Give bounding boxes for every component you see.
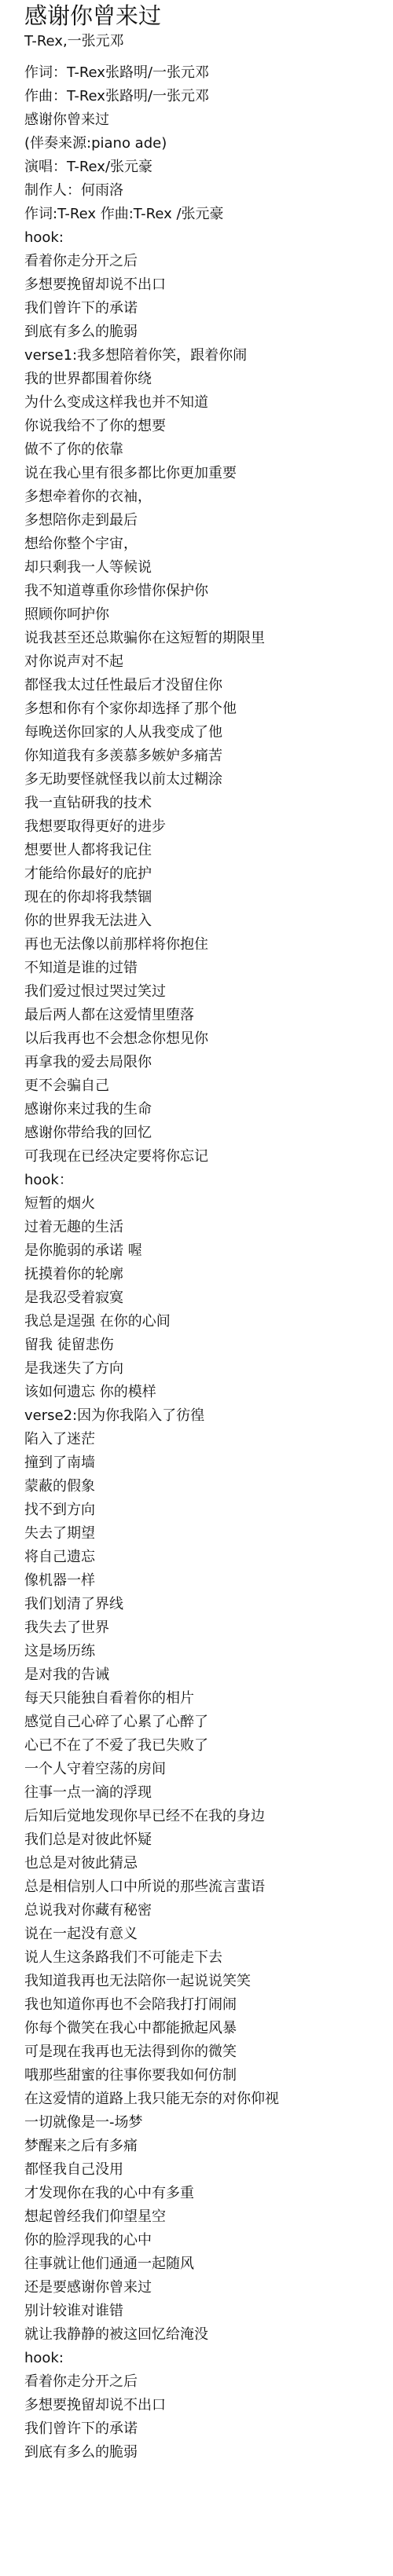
lyric-line: 演唱：T-Rex/张元豪	[24, 156, 279, 179]
lyric-line: 一个人守着空荡的房间	[24, 1758, 279, 1781]
lyric-line: 找不到方向	[24, 1498, 279, 1522]
lyric-line: hook:	[24, 2347, 279, 2370]
lyric-line: 做不了你的依靠	[24, 438, 279, 462]
lyric-line: 说在一起没有意义	[24, 1923, 279, 1946]
lyric-line: 抚摸着你的轮廓	[24, 1263, 279, 1286]
lyric-line: 想要世人都将我记住	[24, 839, 279, 862]
lyric-line: 我想要取得更好的进步	[24, 815, 279, 839]
lyric-line: 说我甚至还总欺骗你在这短暂的期限里	[24, 627, 279, 650]
lyric-line: 也总是对彼此猜忌	[24, 1852, 279, 1875]
lyric-line: verse2:因为你我陷入了彷徨	[24, 1404, 279, 1428]
lyric-line: 都怪我自己没用	[24, 2158, 279, 2182]
lyric-line: 往事就让他们通通一起随风	[24, 2252, 279, 2276]
lyric-line: 将自己遗忘	[24, 1546, 279, 1569]
lyric-line: 作曲：T-Rex张路明/一张元邓	[24, 85, 279, 108]
lyric-line: 作词：T-Rex张路明/一张元邓	[24, 61, 279, 85]
lyric-line: 总是相信别人口中所说的那些流言蜚语	[24, 1875, 279, 1899]
lyric-line: 我们总是对彼此怀疑	[24, 1828, 279, 1852]
lyric-line: 我总是逞强 在你的心间	[24, 1310, 279, 1334]
lyric-line: 在这爱情的道路上我只能无奈的对你仰视	[24, 2088, 279, 2111]
lyric-line: 你每个微笑在我心中都能掀起风暴	[24, 2017, 279, 2040]
lyric-line: 梦醒来之后有多痛	[24, 2135, 279, 2158]
lyric-line: 哦那些甜蜜的往事你要我如何仿制	[24, 2064, 279, 2088]
lyric-line: 现在的你却将我禁锢	[24, 886, 279, 909]
lyric-line: 最后两人都在这爱情里堕落	[24, 1004, 279, 1027]
lyric-line: 后知后觉地发现你早已经不在我的身边	[24, 1805, 279, 1828]
lyric-line: 感谢你带给我的回忆	[24, 1122, 279, 1145]
lyric-line: 我知道我再也无法陪你一起说说笑笑	[24, 1970, 279, 1993]
lyric-line: 想给你整个宇宙，	[24, 532, 279, 556]
lyric-line: 我们曾许下的承诺	[24, 2417, 279, 2441]
lyric-line: 短暂的烟火	[24, 1192, 279, 1216]
lyric-line: 多想和你有个家你却选择了那个他	[24, 697, 279, 721]
lyric-line: 还是要感谢你曾来过	[24, 2276, 279, 2300]
lyric-line: 你的脸浮现我的心中	[24, 2229, 279, 2252]
lyric-line: 我不知道尊重你珍惜你保护你	[24, 580, 279, 603]
lyric-line: 再拿我的爱去局限你	[24, 1051, 279, 1074]
lyric-line: 多无助要怪就怪我以前太过糊涂	[24, 768, 279, 792]
lyric-line: 多想要挽留却说不出口	[24, 273, 279, 297]
lyric-line: 感谢你来过我的生命	[24, 1098, 279, 1122]
lyric-line: 是我忍受着寂寞	[24, 1286, 279, 1310]
lyric-line: 对你说声对不起	[24, 650, 279, 674]
lyric-line: 以后我再也不会想念你想见你	[24, 1027, 279, 1051]
lyric-line: 蒙蔽的假象	[24, 1475, 279, 1498]
lyric-line: 说在我心里有很多都比你更加重要	[24, 462, 279, 485]
lyric-line: verse1:我多想陪着你笑，跟着你闹	[24, 344, 279, 368]
lyric-line: 制作人：何雨洛	[24, 179, 279, 203]
lyric-line: 才发现你在我的心中有多重	[24, 2182, 279, 2205]
lyric-line: 看着你走分开之后	[24, 2370, 279, 2394]
lyric-line: 留我 徒留悲伤	[24, 1334, 279, 1357]
lyric-line: 撞到了南墙	[24, 1451, 279, 1475]
lyric-line: 我失去了世界	[24, 1616, 279, 1640]
lyric-line: 每天只能独自看着你的相片	[24, 1687, 279, 1711]
lyric-line: 多想陪你走到最后	[24, 509, 279, 532]
lyric-line: 照顾你呵护你	[24, 603, 279, 627]
lyrics-list: 作词：T-Rex张路明/一张元邓 作曲：T-Rex张路明/一张元邓感谢你曾来过(…	[24, 61, 279, 2464]
lyric-line: 我们曾许下的承诺	[24, 297, 279, 320]
lyric-line: 我一直钻研我的技术	[24, 792, 279, 815]
lyric-line: 我们划清了界线	[24, 1593, 279, 1616]
lyric-line: 这是场历练	[24, 1640, 279, 1663]
lyric-line: 再也无法像以前那样将你抱住	[24, 933, 279, 957]
lyric-line: 我也知道你再也不会陪我打打闹闹	[24, 1993, 279, 2017]
lyric-line: 感觉自己心碎了心累了心醉了	[24, 1711, 279, 1734]
lyric-line: hook：	[24, 1169, 279, 1192]
lyric-line: 过着无趣的生活	[24, 1216, 279, 1239]
lyric-line: 为什么变成这样我也并不知道	[24, 391, 279, 415]
lyric-line: 却只剩我一人等候说	[24, 556, 279, 580]
lyric-line: 就让我静静的被这回忆给淹没	[24, 2323, 279, 2347]
lyric-line: 一切就像是一-场梦	[24, 2111, 279, 2135]
lyric-line: 说人生这条路我们不可能走下去	[24, 1946, 279, 1970]
lyric-line: (伴奏来源:piano ade)	[24, 132, 279, 156]
lyric-line: 到底有多么的脆弱	[24, 2441, 279, 2464]
lyric-line: 是我迷失了方向	[24, 1357, 279, 1381]
lyric-line: 才能给你最好的庇护	[24, 862, 279, 886]
lyric-line: 往事一点一滴的浮现	[24, 1781, 279, 1805]
lyric-line: 看着你走分开之后	[24, 250, 279, 273]
lyric-line: hook:	[24, 226, 279, 250]
lyric-line: 该如何遗忘 你的模样	[24, 1381, 279, 1404]
lyric-line: 想起曾经我们仰望星空	[24, 2205, 279, 2229]
lyric-line: 心已不在了不爱了我已失败了	[24, 1734, 279, 1758]
lyric-line: 像机器一样	[24, 1569, 279, 1593]
lyric-line: 你知道我有多羡慕多嫉妒多痛苦	[24, 745, 279, 768]
lyric-line: 作词:T-Rex 作曲:T-Rex /张元豪	[24, 203, 279, 226]
lyric-line: 每晚送你回家的人从我变成了他	[24, 721, 279, 745]
song-artist: T-Rex,一张元邓	[24, 32, 124, 51]
lyric-line: 不知道是谁的过错	[24, 957, 279, 980]
lyric-line: 可是现在我再也无法得到你的微笑	[24, 2040, 279, 2064]
lyric-line: 多想要挽留却说不出口	[24, 2394, 279, 2417]
lyric-line: 更不会骗自己	[24, 1074, 279, 1098]
lyric-line: 可我现在已经决定要将你忘记	[24, 1145, 279, 1169]
lyric-line: 到底有多么的脆弱	[24, 320, 279, 344]
lyric-line: 多想牵着你的衣袖，	[24, 485, 279, 509]
lyric-line: 我们爱过恨过哭过笑过	[24, 980, 279, 1004]
lyric-line: 是你脆弱的承诺 喔	[24, 1239, 279, 1263]
lyric-line: 失去了期望	[24, 1522, 279, 1546]
lyric-line: 我的世界都围着你绕	[24, 368, 279, 391]
lyric-line: 是对我的告诫	[24, 1663, 279, 1687]
lyric-line: 总说我对你藏有秘密	[24, 1899, 279, 1923]
lyric-line: 感谢你曾来过	[24, 108, 279, 132]
song-title: 感谢你曾来过	[24, 3, 161, 28]
lyric-line: 陷入了迷茫	[24, 1428, 279, 1451]
lyric-line: 都怪我太过任性最后才没留住你	[24, 674, 279, 697]
lyric-line: 别计较谁对谁错	[24, 2300, 279, 2323]
lyric-line: 你的世界我无法进入	[24, 909, 279, 933]
lyric-line: 你说我给不了你的想要	[24, 415, 279, 438]
